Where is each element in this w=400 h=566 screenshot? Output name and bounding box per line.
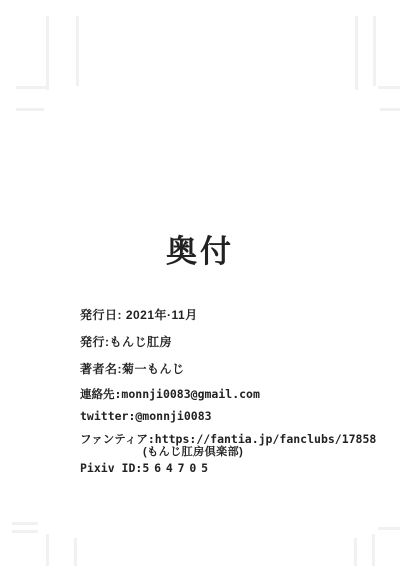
- trim-mark-top-right-h1: [378, 86, 400, 89]
- trim-mark-bottom-left-v1: [46, 534, 49, 566]
- trim-mark-top-right-h2: [380, 108, 400, 111]
- contact-email-line: 連絡先:monnji0083@gmail.com: [80, 386, 260, 402]
- pixiv-id-label: Pixiv ID:: [80, 461, 142, 475]
- pixiv-id-line: Pixiv ID:564705: [80, 461, 213, 475]
- publisher-line: 発行:もんじ肛房: [80, 333, 172, 350]
- trim-mark-bottom-left-h2: [12, 530, 38, 533]
- twitter-handle-line: twitter:@monnji0083: [80, 409, 212, 423]
- trim-mark-bottom-right-h1: [378, 527, 400, 530]
- trim-mark-top-left-h1: [16, 86, 46, 89]
- publish-date-line: 発行日: 2021年·11月: [80, 306, 198, 323]
- trim-mark-bottom-right-v1: [354, 538, 357, 566]
- fantia-club-name-line: (もんじ肛房倶楽部): [143, 443, 243, 459]
- trim-mark-top-left-v2: [76, 16, 79, 86]
- colophon-page: 奥付 発行日: 2021年·11月 発行:もんじ肛房 著者名:菊一もんじ 連絡先…: [0, 0, 400, 566]
- pixiv-id-value: 564705: [142, 461, 213, 475]
- page-title: 奥付: [0, 226, 400, 271]
- trim-mark-bottom-left-v2: [74, 538, 77, 566]
- trim-mark-top-left-h2: [16, 108, 44, 111]
- trim-mark-bottom-left-h1: [12, 522, 38, 525]
- trim-mark-top-left-v1: [46, 16, 49, 90]
- trim-mark-top-right-v1: [355, 16, 358, 90]
- author-line: 著者名:菊一もんじ: [80, 360, 185, 377]
- trim-mark-bottom-right-v2: [372, 534, 375, 566]
- trim-mark-top-right-v2: [373, 16, 376, 86]
